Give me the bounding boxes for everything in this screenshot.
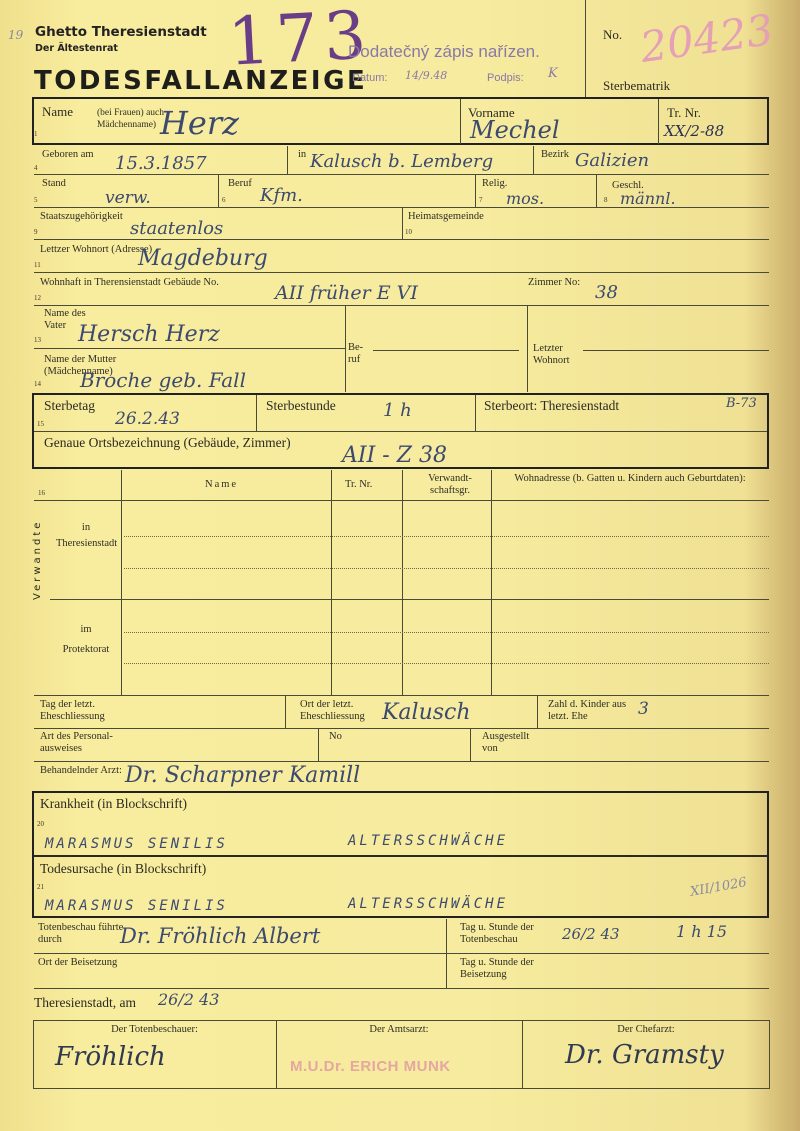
relatives-header-relation: Verwandt-schaftsgr. (420, 473, 480, 497)
divider (34, 272, 769, 273)
id-type-label: Art des Personal-ausweises (40, 731, 140, 755)
divider (34, 239, 769, 240)
margin-pencil-number: 19 (8, 28, 23, 42)
field-number: 1 (34, 130, 38, 138)
inspection-hour-value[interactable]: 1 h 15 (676, 922, 727, 941)
stamp-supplementary-entry: Dodatečný zápis nařízen. (348, 42, 540, 62)
chief-doctor-label: Der Chefarzt: (522, 1024, 770, 1036)
place-date-label: Theresienstadt, am (34, 995, 136, 1011)
stand-label: Stand (42, 178, 66, 190)
relatives-row-line (124, 632, 769, 633)
no-label: No. (603, 27, 622, 43)
treating-doctor-label: Behandelnder Arzt: (40, 765, 122, 777)
official-doctor-label: Der Amtsarzt: (276, 1024, 522, 1036)
bezirk-value[interactable]: Galizien (575, 150, 649, 171)
stand-value[interactable]: verw. (105, 188, 151, 208)
divider (34, 953, 769, 954)
header-divider (585, 0, 586, 98)
sterbetag-label: Sterbetag (44, 398, 95, 414)
sterbestunde-label: Sterbestunde (266, 398, 336, 414)
cause-label: Todesursache (in Blockschrift) (40, 861, 206, 877)
field-number: 7 (479, 196, 483, 204)
geschl-value[interactable]: männl. (620, 189, 676, 208)
burial-time-label: Tag u. Stunde der Beisetzung (460, 957, 560, 981)
field-number: 4 (34, 164, 38, 172)
in-label: in (298, 149, 306, 161)
org-name: Ghetto Theresienstadt (35, 24, 207, 40)
children-count-value[interactable]: 3 (638, 699, 649, 719)
relig-value[interactable]: mos. (506, 189, 544, 208)
field-number: 10 (405, 228, 412, 236)
sterbeort-label: Sterbeort: Theresienstadt (484, 398, 619, 414)
name-label: Name (42, 104, 73, 120)
divider (121, 470, 122, 695)
geboren-label: Geboren am (42, 149, 94, 161)
divider (34, 988, 769, 989)
inspection-date-value[interactable]: 26/2 43 (562, 925, 620, 943)
field-number: 6 (222, 196, 226, 204)
org-council: Der Ältestenrat (35, 43, 118, 54)
divider (402, 208, 403, 239)
illness-label: Krankheit (in Blockschrift) (40, 796, 187, 812)
divider (533, 146, 534, 174)
divider (475, 395, 476, 431)
vorname-value[interactable]: Mechel (470, 116, 560, 144)
divider (287, 146, 288, 174)
beruf-label: Beruf (228, 178, 252, 190)
eltern-wohnort-label: Letzter Wohnort (533, 343, 583, 367)
divider (345, 306, 346, 392)
beruf-value[interactable]: Kfm. (260, 185, 303, 206)
divider (402, 470, 403, 695)
surname-value[interactable]: Herz (160, 104, 239, 142)
field-number: 13 (34, 336, 41, 344)
registry-number: 173 (226, 0, 374, 81)
field-number: 20 (37, 820, 44, 828)
burial-place-label: Ort der Beisetzung (38, 957, 118, 969)
stamp-podpis-value: K (548, 66, 558, 81)
issue-date-value[interactable]: 26/2 43 (158, 990, 219, 1009)
cause-value-german[interactable]: ALTERSSCHWÄCHE (348, 896, 508, 912)
relig-label: Relig. (482, 178, 507, 190)
relatives-group-protektorat: im Protektorat (56, 620, 116, 660)
divider (34, 348, 345, 349)
divider (34, 174, 769, 175)
trnr-label: Tr. Nr. (667, 105, 701, 121)
field-number: 14 (34, 380, 41, 388)
id-issued-label: Ausgestellt von (482, 731, 542, 755)
divider (34, 695, 769, 696)
birthplace-value[interactable]: Kalusch b. Lemberg (310, 151, 493, 172)
sterbematrik-label: Sterbematrik (603, 78, 670, 94)
heimat-label: Heimatsgemeinde (408, 211, 484, 223)
divider (34, 431, 767, 432)
field-number: 8 (604, 196, 608, 204)
relatives-row-line (124, 663, 769, 664)
relatives-row-line (124, 568, 769, 569)
divider (331, 470, 332, 695)
divider (34, 855, 767, 857)
sterbeort-annotation: B-73 (726, 396, 757, 411)
divider (475, 175, 476, 207)
geboren-value[interactable]: 15.3.1857 (115, 153, 207, 174)
trnr-value[interactable]: XX/2-88 (664, 122, 724, 140)
staat-value[interactable]: staatenlos (130, 218, 223, 239)
no-value: 20423 (637, 5, 776, 72)
divider (527, 306, 528, 392)
divider (583, 350, 769, 351)
divider (537, 696, 538, 728)
divider (318, 729, 319, 761)
divider (50, 599, 769, 600)
relatives-row-line (124, 536, 769, 537)
field-number: 9 (34, 228, 38, 236)
field-number: 12 (34, 294, 41, 302)
treating-doctor-value[interactable]: Dr. Scharpner Kamill (125, 763, 360, 788)
official-doctor-stamp: M.U.Dr. ERICH MUNK (290, 1058, 451, 1075)
divider (658, 99, 659, 144)
stamp-podpis-label: Podpis: (487, 72, 524, 84)
id-number-label: No (329, 731, 342, 743)
zimmer-label: Zimmer No: (528, 277, 580, 289)
divider (34, 728, 769, 729)
divider (285, 696, 286, 728)
divider (34, 761, 769, 762)
divider (491, 470, 492, 695)
children-count-label: Zahl d. Kinder aus letzt. Ehe (548, 699, 638, 723)
death-certificate-page: 19 Ghetto Theresienstadt Der Ältestenrat… (0, 0, 800, 1131)
relatives-group-theresienstadt: in Theresienstadt (56, 520, 116, 552)
bezirk-label: Bezirk (541, 149, 569, 161)
relatives-header-trnr: Tr. Nr. (345, 479, 372, 491)
inspection-time-label: Tag u. Stunde der Totenbeschau (460, 922, 560, 946)
examiner-signature: Fröhlich (55, 1042, 166, 1072)
relatives-header-name: Name (205, 479, 238, 491)
divider (470, 729, 471, 761)
marriage-place-label: Ort der letzt. Eheschliessung (300, 699, 380, 723)
sterbetag-value[interactable]: 26.2.43 (115, 409, 180, 429)
staat-label: Staatszugehörigkeit (40, 211, 123, 223)
divider (373, 350, 519, 351)
illness-value-german[interactable]: ALTERSSCHWÄCHE (348, 833, 508, 849)
sterbestunde-value[interactable]: 1 h (383, 400, 412, 421)
divider (446, 919, 447, 988)
relatives-side-label: Verwandte (32, 520, 43, 600)
inspection-doctor-value[interactable]: Dr. Fröhlich Albert (120, 924, 320, 948)
vater-value[interactable]: Hersch Herz (78, 322, 220, 347)
marriage-date-label: Tag der letzt. Eheschliessung (40, 699, 140, 723)
wohnhaft-label: Wohnhaft in Therensienstadt Gebäude No. (40, 277, 219, 289)
divider (460, 99, 461, 144)
divider (218, 175, 219, 207)
mutter-value[interactable]: Broche geb. Fall (80, 368, 246, 392)
field-number: 11 (34, 261, 41, 269)
marriage-place-value[interactable]: Kalusch (382, 700, 471, 725)
stamp-datum-label: Datum: (352, 72, 387, 84)
field-number: 16 (38, 489, 45, 497)
field-number: 21 (37, 883, 44, 891)
cause-value-latin[interactable]: MARASMUS SENILIS (45, 898, 228, 914)
wohnort-label: Lettzer Wohnort (Adresse) (40, 244, 152, 256)
ortsbez-value[interactable]: AII - Z 38 (342, 443, 447, 468)
field-number: 5 (34, 196, 38, 204)
divider (596, 175, 597, 207)
ortsbez-label: Genaue Ortsbezeichnung (Gebäude, Zimmer) (44, 435, 291, 451)
field-number: 15 (37, 420, 44, 428)
relatives-header-address: Wohnadresse (b. Gatten u. Kindern auch G… (510, 473, 750, 485)
chief-doctor-signature: Dr. Gramsty (565, 1040, 724, 1070)
name-label-small: (bei Frauen) auch Mädchenname) (97, 107, 167, 131)
illness-value-latin[interactable]: MARASMUS SENILIS (45, 836, 228, 852)
examiner-signature-label: Der Totenbeschauer: (33, 1024, 276, 1036)
divider (256, 395, 257, 431)
wohnhaft-value[interactable]: AII früher E VI (275, 282, 418, 304)
eltern-beruf-label: Be-ruf (348, 342, 372, 366)
stamp-datum-value: 14/9.48 (405, 69, 447, 82)
zimmer-value[interactable]: 38 (595, 282, 618, 303)
wohnort-value[interactable]: Magdeburg (138, 246, 268, 271)
divider (34, 305, 769, 306)
